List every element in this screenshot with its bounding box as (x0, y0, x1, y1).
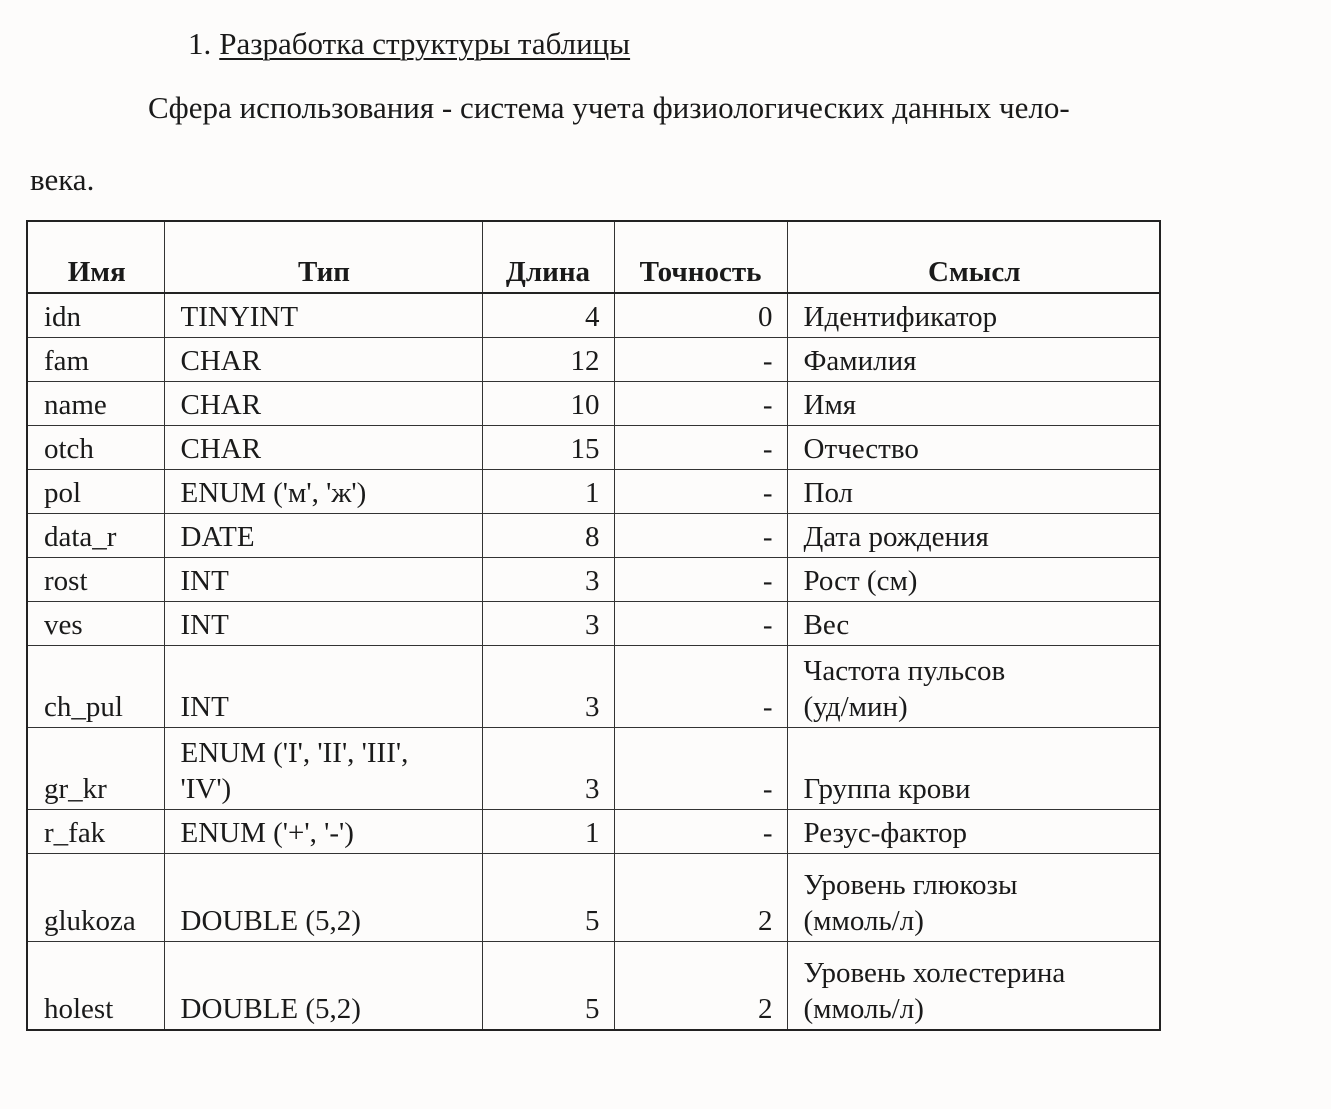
cell-precision: - (614, 558, 787, 602)
cell-precision: 2 (614, 942, 787, 1031)
intro-paragraph-line-1: Сфера использования - система учета физи… (148, 88, 1070, 128)
cell-name: r_fak (27, 810, 164, 854)
cell-precision-text: - (763, 477, 773, 509)
header-precision: Точность (614, 221, 787, 293)
cell-type: INT (164, 646, 482, 728)
cell-name-text: glukoza (44, 905, 136, 937)
cell-length-text: 3 (585, 691, 600, 723)
cell-length: 15 (482, 426, 614, 470)
cell-meaning-text: Группа крови (804, 773, 971, 805)
table-row: otchCHAR15-Отчество (27, 426, 1160, 470)
header-length: Длина (482, 221, 614, 293)
cell-type: DATE (164, 514, 482, 558)
intro-paragraph-line-2: века. (30, 160, 94, 200)
cell-name: holest (27, 942, 164, 1031)
cell-length-text: 8 (585, 521, 600, 553)
cell-name: idn (27, 293, 164, 338)
cell-name: otch (27, 426, 164, 470)
cell-meaning-text: Фамилия (804, 345, 917, 377)
header-name: Имя (27, 221, 164, 293)
cell-length: 3 (482, 558, 614, 602)
cell-meaning: Дата рождения (787, 514, 1160, 558)
table-row: vesINT3-Вес (27, 602, 1160, 646)
cell-precision-text: - (763, 433, 773, 465)
cell-meaning: Уровень холестерина(ммоль/л) (787, 942, 1160, 1031)
cell-name: pol (27, 470, 164, 514)
header-meaning: Смысл (787, 221, 1160, 293)
cell-precision-text: 0 (758, 301, 773, 333)
cell-type-text: ENUM ('+', '-') (181, 817, 354, 849)
cell-name-text: holest (44, 993, 113, 1025)
cell-type-text: INT (181, 565, 229, 597)
cell-meaning-text: Уровень глюкозы (804, 869, 1018, 901)
cell-length: 1 (482, 470, 614, 514)
cell-name-text: ch_pul (44, 691, 123, 723)
cell-type-text: DOUBLE (5,2) (181, 905, 361, 937)
structure-table: Имя Тип Длина Точность Смысл idnTINYINT4… (26, 220, 1161, 1031)
cell-name: ch_pul (27, 646, 164, 728)
cell-length-text: 12 (571, 345, 600, 377)
cell-name-text: fam (44, 345, 89, 377)
cell-length-text: 5 (585, 993, 600, 1025)
cell-meaning: Вес (787, 602, 1160, 646)
cell-length: 5 (482, 854, 614, 942)
cell-type-text: CHAR (181, 389, 262, 421)
cell-meaning-text: Идентификатор (804, 301, 998, 333)
cell-length: 3 (482, 602, 614, 646)
cell-type-text: INT (181, 609, 229, 641)
cell-name-text: data_r (44, 521, 116, 553)
cell-length: 4 (482, 293, 614, 338)
cell-length-text: 3 (585, 609, 600, 641)
cell-length: 8 (482, 514, 614, 558)
cell-length-text: 5 (585, 905, 600, 937)
cell-name-text: idn (44, 301, 81, 333)
cell-meaning-text: Уровень холестерина (804, 957, 1066, 989)
cell-type: CHAR (164, 338, 482, 382)
cell-name-text: r_fak (44, 817, 105, 849)
cell-type-text: CHAR (181, 345, 262, 377)
cell-meaning-text-line2: (уд/мин) (804, 691, 908, 723)
cell-length-text: 3 (585, 773, 600, 805)
table-row: gr_krENUM ('I', 'II', 'III','IV')3-Групп… (27, 728, 1160, 810)
cell-meaning: Имя (787, 382, 1160, 426)
cell-length: 5 (482, 942, 614, 1031)
table-row: famCHAR12-Фамилия (27, 338, 1160, 382)
cell-type-text: INT (181, 691, 229, 723)
cell-precision: 2 (614, 854, 787, 942)
cell-meaning: Резус-фактор (787, 810, 1160, 854)
cell-length-text: 15 (571, 433, 600, 465)
cell-length: 10 (482, 382, 614, 426)
cell-precision-text: 2 (758, 905, 773, 937)
cell-precision: - (614, 338, 787, 382)
cell-name: gr_kr (27, 728, 164, 810)
section-title: Разработка структуры таблицы (219, 26, 630, 61)
cell-type: TINYINT (164, 293, 482, 338)
cell-precision-text: - (763, 609, 773, 641)
table-row: rostINT3-Рост (см) (27, 558, 1160, 602)
cell-length-text: 1 (585, 477, 600, 509)
cell-precision: - (614, 514, 787, 558)
cell-name: fam (27, 338, 164, 382)
cell-precision: - (614, 470, 787, 514)
cell-length-text: 3 (585, 565, 600, 597)
cell-meaning: Отчество (787, 426, 1160, 470)
section-number: 1. (188, 26, 211, 61)
cell-name-text: gr_kr (44, 773, 107, 805)
table-row: idnTINYINT40Идентификатор (27, 293, 1160, 338)
cell-type-text: ENUM ('I', 'II', 'III', (181, 737, 409, 769)
cell-precision-text: - (763, 565, 773, 597)
cell-meaning: Рост (см) (787, 558, 1160, 602)
cell-name: name (27, 382, 164, 426)
cell-meaning-text: Отчество (804, 433, 919, 465)
cell-name: ves (27, 602, 164, 646)
cell-meaning-text-line2: (ммоль/л) (804, 993, 924, 1025)
cell-precision: - (614, 810, 787, 854)
cell-meaning-text: Пол (804, 477, 854, 509)
cell-type-text: DOUBLE (5,2) (181, 993, 361, 1025)
cell-name: data_r (27, 514, 164, 558)
cell-type: DOUBLE (5,2) (164, 942, 482, 1031)
table-row: polENUM ('м', 'ж')1-Пол (27, 470, 1160, 514)
cell-precision: - (614, 646, 787, 728)
cell-type-text-line2: 'IV') (181, 773, 232, 805)
cell-length: 12 (482, 338, 614, 382)
cell-meaning-text: Рост (см) (804, 565, 918, 597)
cell-type: INT (164, 602, 482, 646)
cell-meaning: Уровень глюкозы(ммоль/л) (787, 854, 1160, 942)
cell-name: glukoza (27, 854, 164, 942)
cell-length-text: 1 (585, 817, 600, 849)
cell-precision-text: - (763, 773, 773, 805)
cell-length: 1 (482, 810, 614, 854)
cell-meaning-text: Дата рождения (804, 521, 989, 553)
cell-precision-text: - (763, 691, 773, 723)
cell-meaning-text: Имя (804, 389, 857, 421)
cell-name: rost (27, 558, 164, 602)
cell-type-text: DATE (181, 521, 255, 553)
cell-type: ENUM ('+', '-') (164, 810, 482, 854)
cell-precision: - (614, 602, 787, 646)
section-heading: 1.Разработка структуры таблицы (188, 24, 630, 64)
cell-precision: - (614, 728, 787, 810)
cell-name-text: ves (44, 609, 83, 641)
cell-type-text: CHAR (181, 433, 262, 465)
cell-meaning: Пол (787, 470, 1160, 514)
cell-precision-text: - (763, 817, 773, 849)
cell-type: INT (164, 558, 482, 602)
cell-meaning-text: Резус-фактор (804, 817, 968, 849)
cell-precision-text: - (763, 389, 773, 421)
cell-type: ENUM ('м', 'ж') (164, 470, 482, 514)
cell-length-text: 10 (571, 389, 600, 421)
cell-precision-text: - (763, 521, 773, 553)
table-row: glukozaDOUBLE (5,2)52Уровень глюкозы(ммо… (27, 854, 1160, 942)
cell-precision: - (614, 426, 787, 470)
cell-precision: - (614, 382, 787, 426)
cell-type: CHAR (164, 382, 482, 426)
cell-type: DOUBLE (5,2) (164, 854, 482, 942)
cell-type: ENUM ('I', 'II', 'III','IV') (164, 728, 482, 810)
cell-precision: 0 (614, 293, 787, 338)
cell-type-text: ENUM ('м', 'ж') (181, 477, 367, 509)
cell-name-text: otch (44, 433, 94, 465)
cell-length-text: 4 (585, 301, 600, 333)
table-row: nameCHAR10-Имя (27, 382, 1160, 426)
cell-meaning-text: Вес (804, 609, 850, 641)
table-row: ch_pulINT3-Частота пульсов(уд/мин) (27, 646, 1160, 728)
cell-meaning: Группа крови (787, 728, 1160, 810)
cell-type: CHAR (164, 426, 482, 470)
cell-length: 3 (482, 728, 614, 810)
cell-length: 3 (482, 646, 614, 728)
table-row: r_fakENUM ('+', '-')1-Резус-фактор (27, 810, 1160, 854)
cell-meaning-text: Частота пульсов (804, 655, 1006, 687)
table-row: holestDOUBLE (5,2)52Уровень холестерина(… (27, 942, 1160, 1031)
header-type: Тип (164, 221, 482, 293)
cell-precision-text: - (763, 345, 773, 377)
cell-meaning: Фамилия (787, 338, 1160, 382)
cell-type-text: TINYINT (181, 301, 299, 333)
cell-name-text: name (44, 389, 107, 421)
table-header-row: Имя Тип Длина Точность Смысл (27, 221, 1160, 293)
table-row: data_rDATE8-Дата рождения (27, 514, 1160, 558)
cell-meaning: Частота пульсов(уд/мин) (787, 646, 1160, 728)
cell-precision-text: 2 (758, 993, 773, 1025)
cell-meaning-text-line2: (ммоль/л) (804, 905, 924, 937)
cell-name-text: pol (44, 477, 81, 509)
cell-name-text: rost (44, 565, 88, 597)
cell-meaning: Идентификатор (787, 293, 1160, 338)
